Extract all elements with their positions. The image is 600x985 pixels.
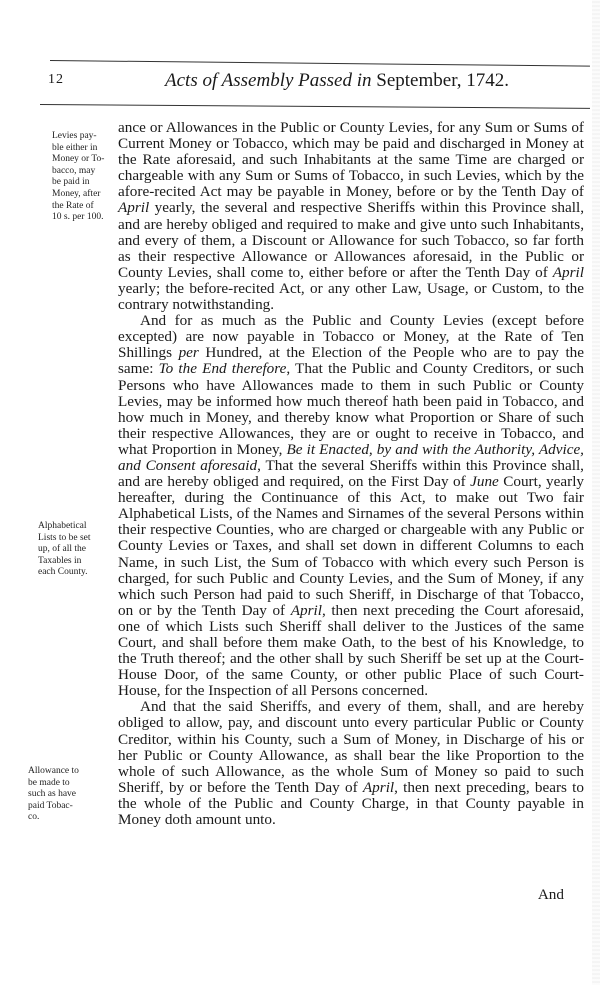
- margin-note-line: such as have: [28, 789, 94, 801]
- margin-note-alphabetical-lists: Alphabetical Lists to be set up, of all …: [38, 521, 104, 579]
- scan-edge: [592, 0, 600, 985]
- paragraph: And for as much as the Public and County…: [118, 313, 584, 699]
- margin-note-levies-payable: Levies pay- ble either in Money or To- b…: [52, 131, 118, 224]
- margin-note-line: each County.: [38, 567, 104, 579]
- italic-run: April: [291, 602, 322, 619]
- running-head-roman: September, 1742.: [376, 70, 509, 91]
- catchword: And: [538, 886, 564, 904]
- page-number: 12: [48, 72, 64, 88]
- margin-note-line: paid Tobac-: [28, 801, 94, 813]
- body-text: ance or Allowances in the Public or Coun…: [118, 120, 584, 828]
- italic-run: June: [470, 473, 499, 490]
- text-run: ance or Allowances in the Public or Coun…: [118, 119, 584, 200]
- margin-note-line: Levies pay-: [52, 131, 118, 143]
- margin-note-line: be paid in: [52, 177, 118, 189]
- running-head: Acts of Assembly Passed in September, 17…: [165, 70, 509, 92]
- text-run: yearly, the several and respective Sheri…: [118, 199, 584, 280]
- margin-note-line: Money, after: [52, 189, 118, 201]
- italic-run: April: [118, 199, 149, 216]
- margin-note-line: Alphabetical: [38, 521, 104, 533]
- header-rule-top: [50, 60, 590, 67]
- margin-note-line: Allowance to: [28, 766, 94, 778]
- italic-run: per: [179, 344, 199, 361]
- margin-note-line: up, of all the: [38, 544, 104, 556]
- header-rule-bottom: [40, 104, 590, 109]
- margin-note-line: Money or To-: [52, 154, 118, 166]
- paragraph: And that the said Sheriffs, and every of…: [118, 699, 584, 828]
- italic-run: April: [553, 264, 584, 281]
- margin-note-line: be made to: [28, 778, 94, 790]
- text-run: yearly; the before-recited Act, or any o…: [118, 280, 584, 313]
- margin-note-allowance: Allowance to be made to such as have pai…: [28, 766, 94, 824]
- document-page: 12 Acts of Assembly Passed in September,…: [0, 0, 600, 985]
- running-head-italic: Acts of Assembly Passed in: [165, 70, 372, 91]
- margin-note-line: co.: [28, 812, 94, 824]
- italic-run: To the End therefore: [159, 360, 287, 377]
- margin-note-line: the Rate of: [52, 201, 118, 213]
- margin-note-line: Lists to be set: [38, 533, 104, 545]
- margin-note-line: 10 s. per 100.: [52, 212, 118, 224]
- margin-note-line: Taxables in: [38, 556, 104, 568]
- margin-note-line: ble either in: [52, 143, 118, 155]
- italic-run: April: [363, 779, 394, 796]
- text-run: Court, yearly hereafter, during the Cont…: [118, 473, 584, 619]
- paragraph: ance or Allowances in the Public or Coun…: [118, 120, 584, 313]
- margin-note-line: bacco, may: [52, 166, 118, 178]
